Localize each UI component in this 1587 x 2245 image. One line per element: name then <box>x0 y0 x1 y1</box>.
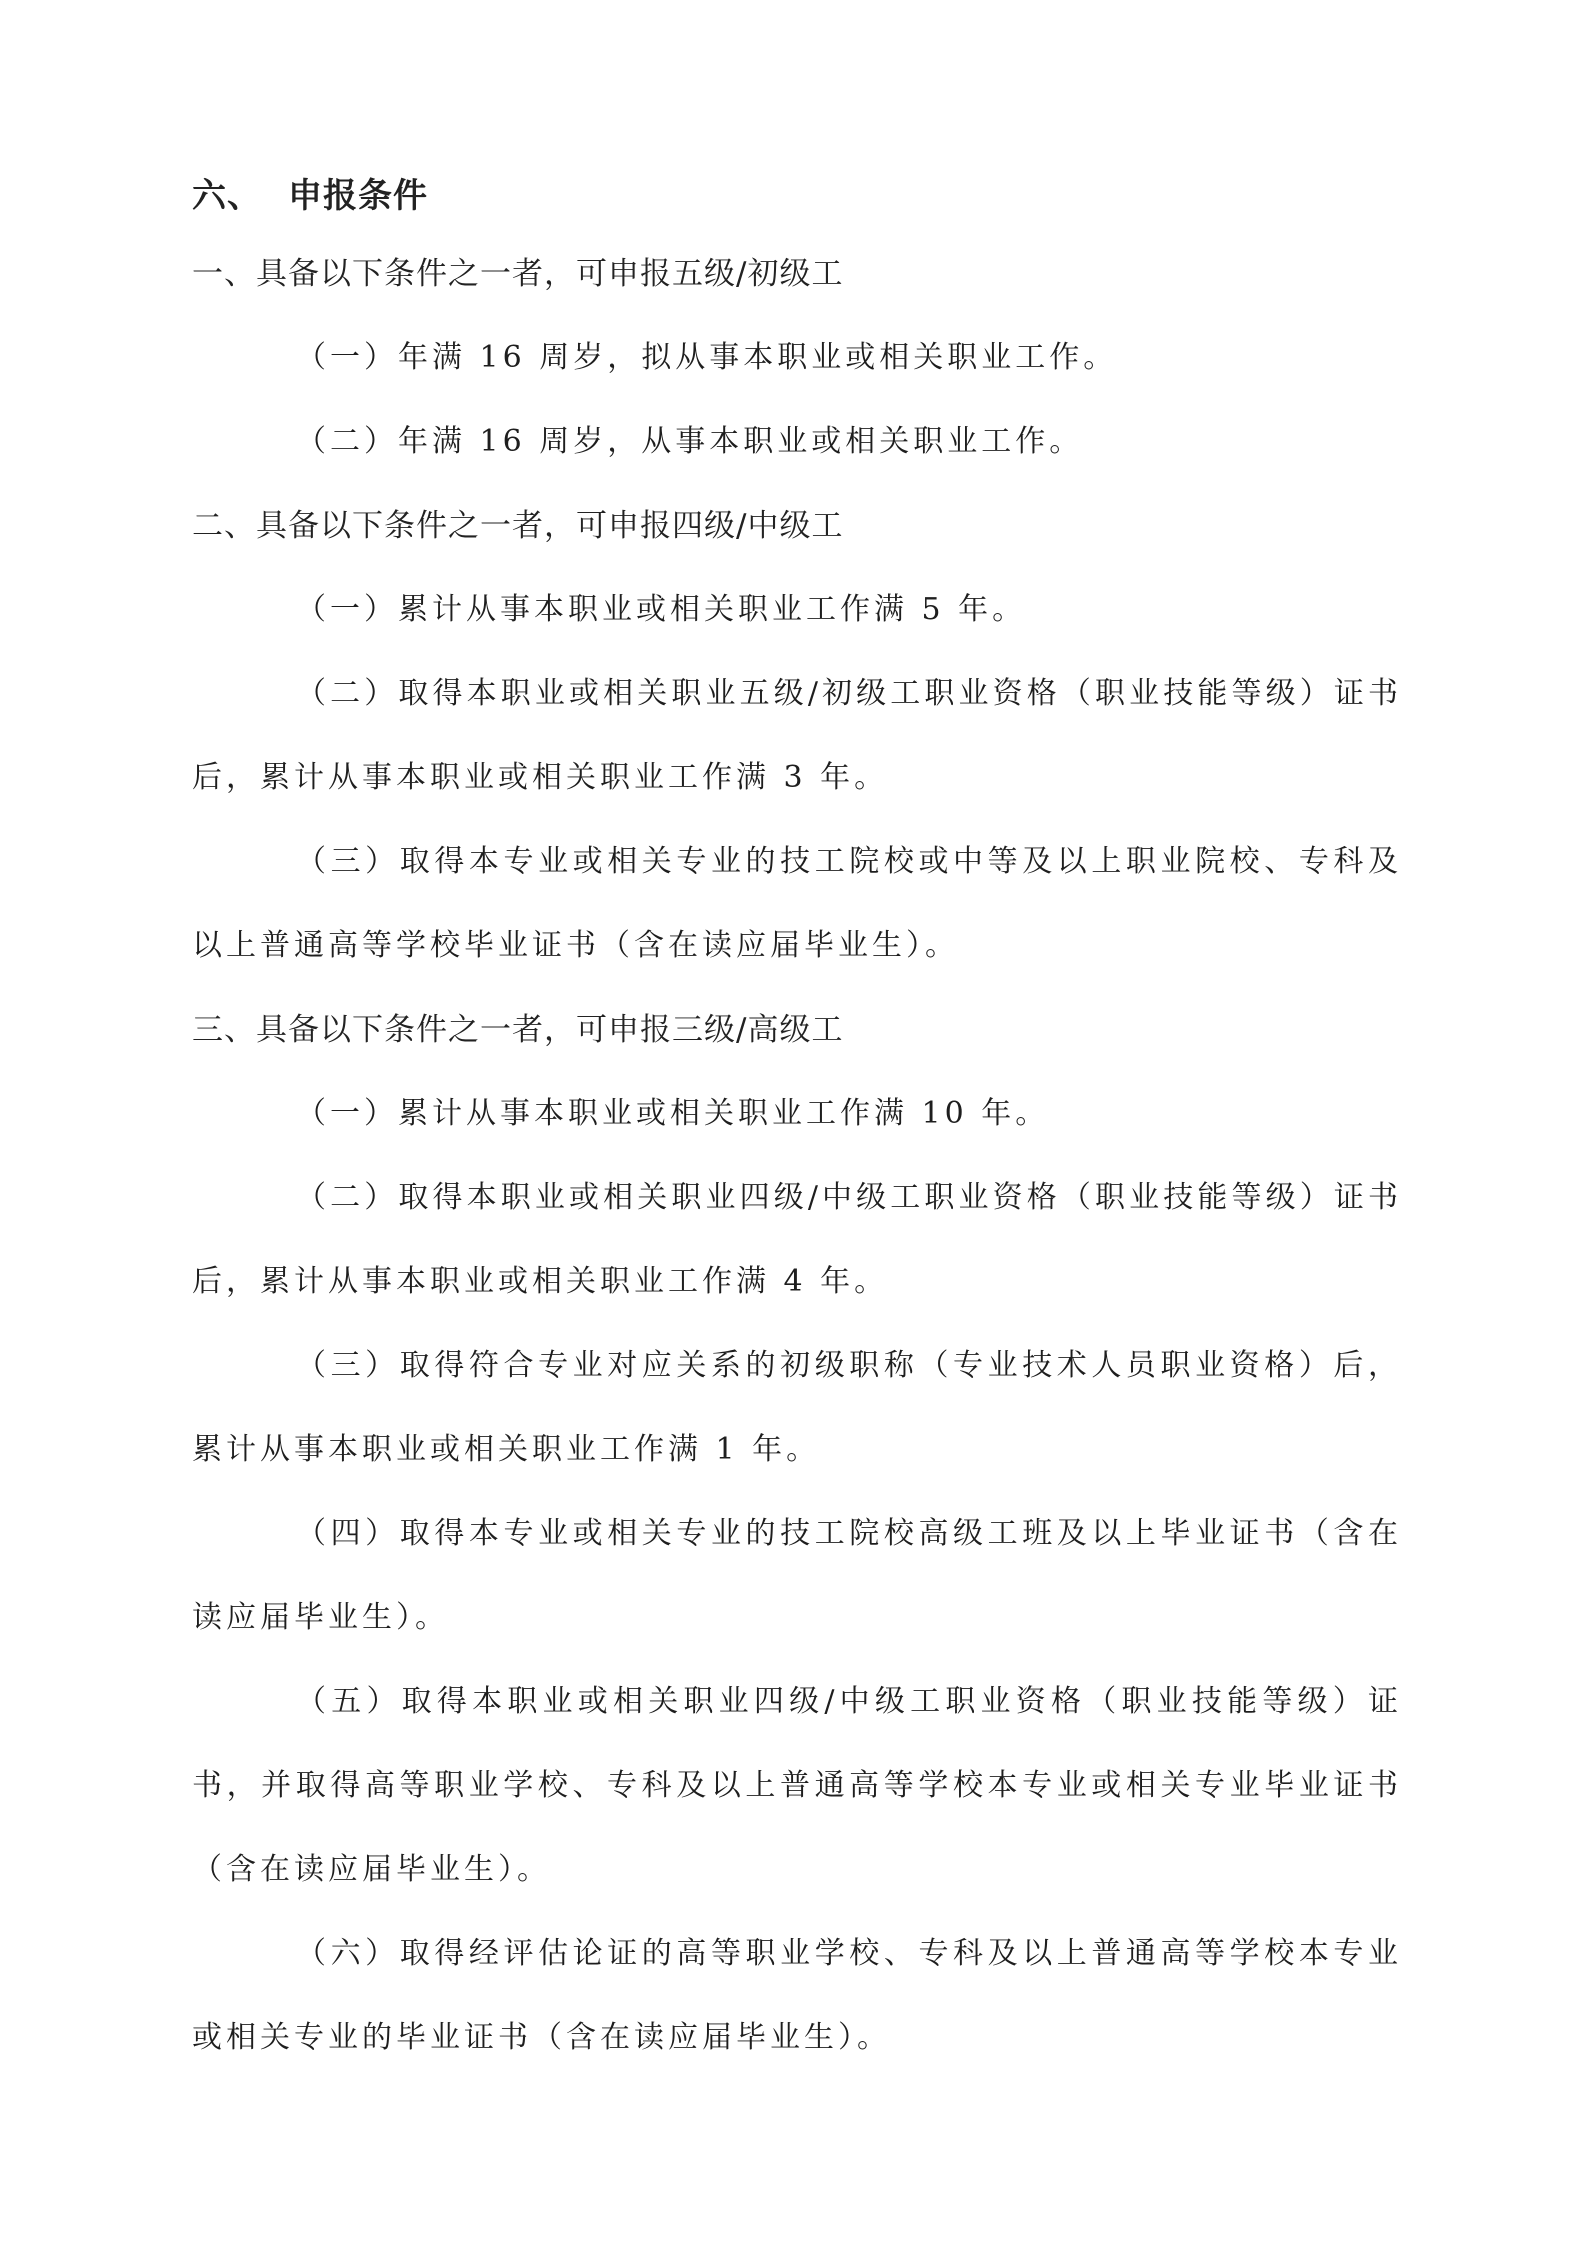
title-number: 六、 <box>192 176 262 216</box>
condition-item: （三）取得符合专业对应关系的初级职称（专业技术人员职业资格）后，累计从事本职业或… <box>192 1324 1402 1492</box>
condition-item: （三）取得本专业或相关专业的技工院校或中等及以上职业院校、专科及以上普通高等学校… <box>192 820 1402 988</box>
section-level-4: 二、具备以下条件之一者，可申报四级/中级工 （一）累计从事本职业或相关职业工作满… <box>192 484 1402 988</box>
section-level-3: 三、具备以下条件之一者，可申报三级/高级工 （一）累计从事本职业或相关职业工作满… <box>192 988 1402 2080</box>
condition-item: （二）取得本职业或相关职业四级/中级工职业资格（职业技能等级）证书后，累计从事本… <box>192 1156 1402 1324</box>
page-title: 六、申报条件 <box>192 160 1402 232</box>
condition-item: （二）取得本职业或相关职业五级/初级工职业资格（职业技能等级）证书后，累计从事本… <box>192 652 1402 820</box>
document-page: 六、申报条件 一、具备以下条件之一者，可申报五级/初级工 （一）年满 16 周岁… <box>192 160 1402 2080</box>
section-heading: 二、具备以下条件之一者，可申报四级/中级工 <box>192 484 1402 568</box>
section-heading: 三、具备以下条件之一者，可申报三级/高级工 <box>192 988 1402 1072</box>
condition-item: （一）年满 16 周岁，拟从事本职业或相关职业工作。 <box>192 316 1402 400</box>
section-heading: 一、具备以下条件之一者，可申报五级/初级工 <box>192 232 1402 316</box>
condition-item: （一）累计从事本职业或相关职业工作满 10 年。 <box>192 1072 1402 1156</box>
condition-item: （六）取得经评估论证的高等职业学校、专科及以上普通高等学校本专业或相关专业的毕业… <box>192 1912 1402 2080</box>
title-text: 申报条件 <box>288 176 428 216</box>
condition-item: （二）年满 16 周岁，从事本职业或相关职业工作。 <box>192 400 1402 484</box>
condition-item: （四）取得本专业或相关专业的技工院校高级工班及以上毕业证书（含在读应届毕业生）。 <box>192 1492 1402 1660</box>
section-level-5: 一、具备以下条件之一者，可申报五级/初级工 （一）年满 16 周岁，拟从事本职业… <box>192 232 1402 484</box>
condition-item: （一）累计从事本职业或相关职业工作满 5 年。 <box>192 568 1402 652</box>
condition-item: （五）取得本职业或相关职业四级/中级工职业资格（职业技能等级）证书，并取得高等职… <box>192 1660 1402 1912</box>
